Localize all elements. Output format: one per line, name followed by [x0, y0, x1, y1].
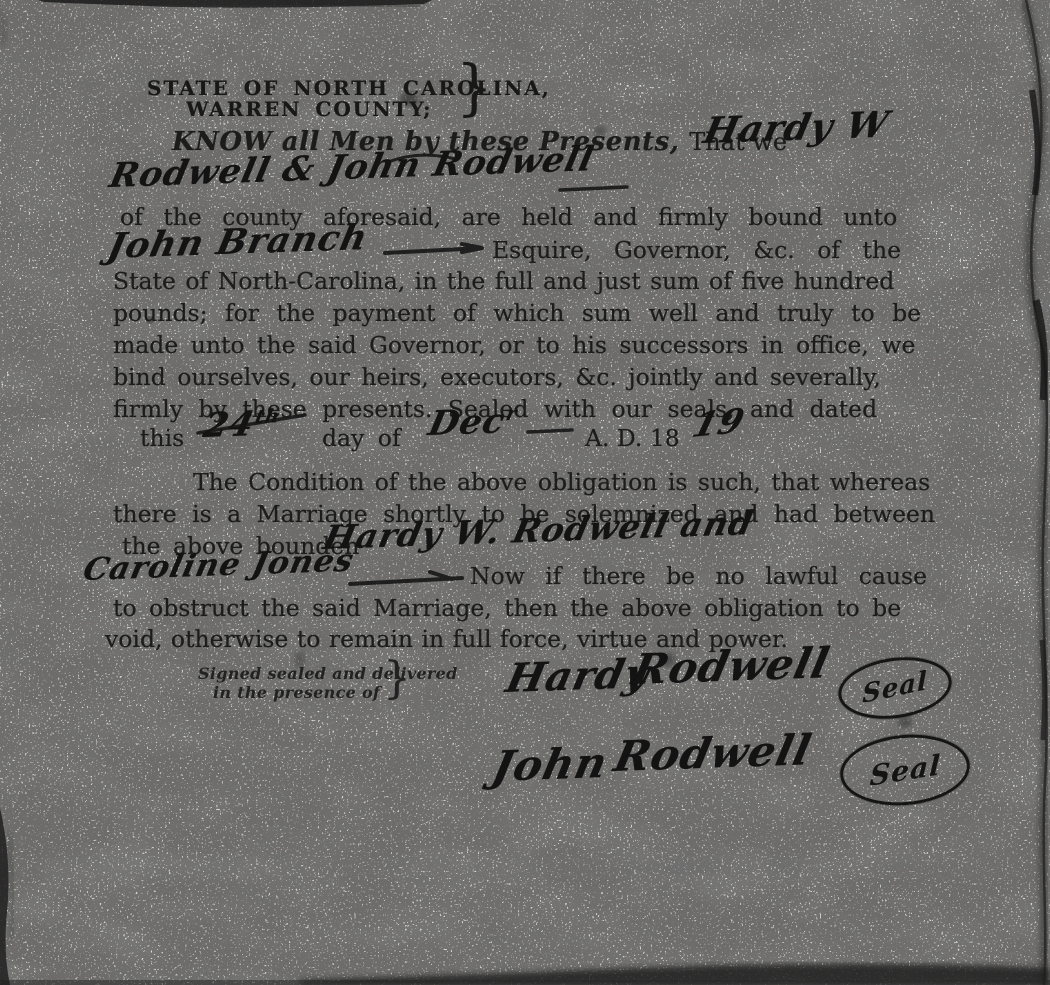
venue-brace: }	[456, 57, 493, 118]
signature-2-first-name: John	[488, 738, 612, 791]
body-line-5: made unto the said Governor, or to his s…	[113, 331, 915, 359]
attestation-line-2: in the presence of	[213, 683, 380, 702]
date-year-handwritten: 19	[688, 401, 749, 446]
date-month-handwritten: Decr	[425, 401, 520, 444]
date-month-name: Dec	[425, 401, 509, 444]
condition-line-4: Now if there be no lawful cause	[470, 562, 927, 590]
date-anno-domini: A. D. 18	[585, 424, 680, 452]
seal-1: Seal	[834, 650, 955, 725]
seal-1-label: Seal	[862, 666, 928, 710]
document-text-layer: STATE OF NORTH CAROLINA, WARREN COUNTY; …	[0, 0, 1050, 985]
date-words-day-of: day of	[322, 424, 401, 452]
date-day-handwritten: 24th	[200, 403, 283, 446]
obligor-name-part1-handwritten: Hardy W	[700, 104, 893, 152]
signature-2-last-name: Rodwell	[610, 725, 816, 781]
body-line-4: pounds; for the payment of which sum wel…	[113, 299, 921, 327]
body-line-6: bind ourselves, our heirs, executors, &c…	[113, 363, 881, 391]
seal-2: Seal	[837, 729, 973, 810]
seal-2-label: Seal	[869, 748, 942, 792]
marriage-bond-document: STATE OF NORTH CAROLINA, WARREN COUNTY; …	[0, 0, 1050, 985]
governor-name-handwritten: John Branch	[104, 217, 372, 267]
date-word-this: this	[140, 424, 184, 452]
date-day-suffix: th	[253, 405, 282, 428]
body-line-2: Esquire, Governor, &c. of the	[492, 236, 901, 264]
signature-1-last-name: Rodwell	[628, 638, 834, 694]
condition-line-1: The Condition of the above obligation is…	[193, 468, 930, 496]
condition-line-5: to obstruct the said Marriage, then the …	[113, 594, 901, 622]
attestation-line-1: Signed sealed and delivered	[198, 664, 458, 683]
body-line-3: State of North-Carolina, in the full and…	[113, 267, 894, 295]
date-day-number: 24	[200, 404, 258, 446]
venue-line-county: WARREN COUNTY;	[186, 97, 433, 121]
attestation-brace: }	[383, 657, 411, 701]
